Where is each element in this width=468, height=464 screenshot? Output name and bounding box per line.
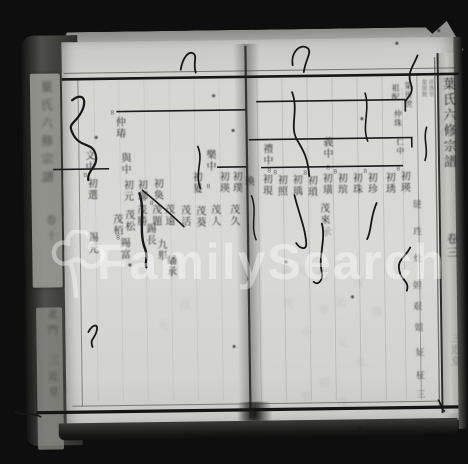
book-spread: 8仲瑃文中8初選與中初元初瑘初奐8初㬊樂中8初瑛初璞瑍茂栢8茂松茂勝茂題茂遠茂活… xyxy=(0,0,468,464)
ruled-lines-layer xyxy=(0,0,468,464)
scanned-book-photo: 8仲瑃文中8初選與中初元初瑘初奐8初㬊樂中8初瑛初璞瑍茂栢8茂松茂勝茂題茂遠茂活… xyxy=(0,0,468,464)
pedigree-lines xyxy=(52,99,413,170)
